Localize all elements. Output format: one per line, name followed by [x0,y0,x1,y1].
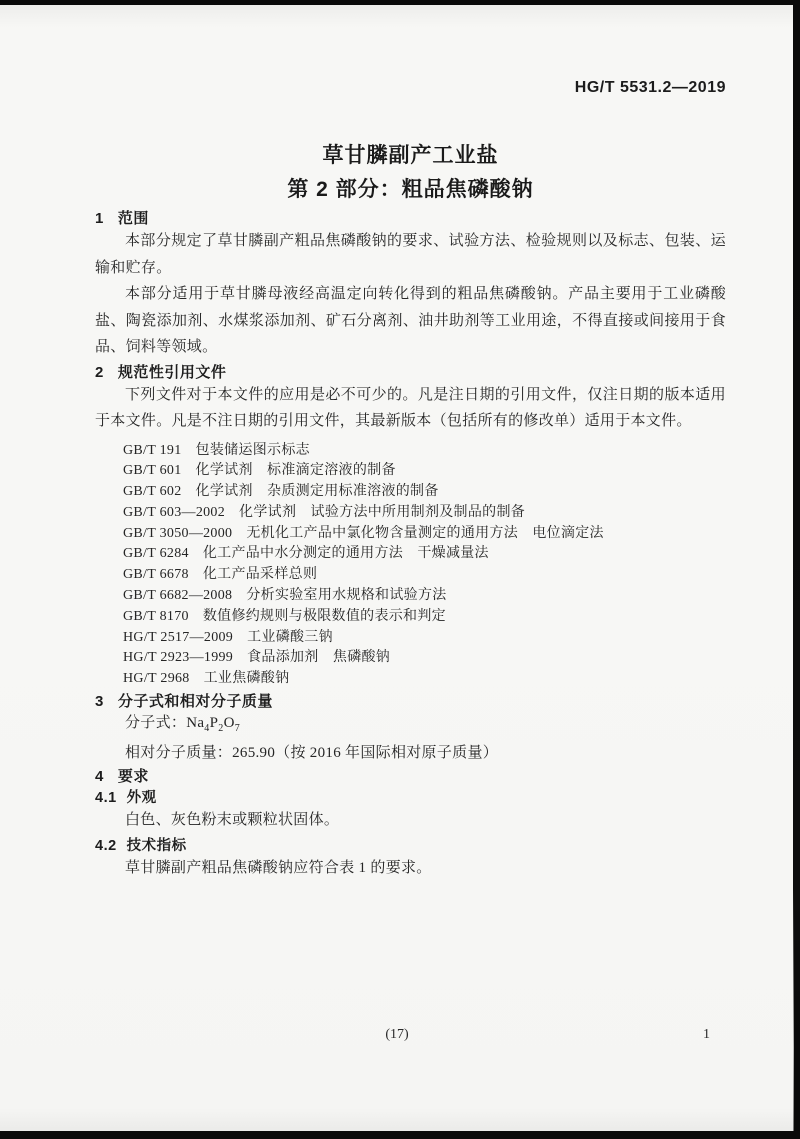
scan-edge-strip [793,0,800,1139]
reference-title: 化学试剂 标准滴定溶液的制备 [196,463,396,478]
reference-item: GB/T 603—2002化学试剂 试验方法中所用制剂及制品的制备 [123,503,726,524]
section-4-1-heading: 4.1外观 [95,786,726,807]
footer-center-number: (17) [0,1027,794,1043]
reference-list: GB/T 191包装储运图示标志 GB/T 601化学试剂 标准滴定溶液的制备 … [95,441,726,691]
section-2-heading: 2规范性引用文件 [95,361,726,382]
reference-code: GB/T 191 [123,441,182,462]
reference-title: 包装储运图示标志 [196,443,310,458]
reference-item: HG/T 2923—1999食品添加剂 焦磷酸钠 [123,648,726,669]
section-1-title: 范围 [118,210,149,227]
section-4-1-title: 外观 [127,790,157,806]
document-title-line1: 草甘膦副产工业盐 [95,139,726,173]
formula-part: P [210,715,219,731]
reference-item: GB/T 6682—2008分析实验室用水规格和试验方法 [123,586,726,607]
reference-code: GB/T 8170 [123,607,189,628]
reference-item: HG/T 2517—2009工业磷酸三钠 [123,628,726,649]
reference-code: HG/T 2968 [123,669,190,690]
reference-title: 数值修约规则与极限数值的表示和判定 [203,609,446,624]
reference-item: GB/T 6678化工产品采样总则 [123,565,726,586]
reference-title: 化学试剂 试验方法中所用制剂及制品的制备 [239,505,525,520]
reference-code: HG/T 2923—1999 [123,648,233,669]
formula-subscript: 7 [235,723,240,734]
reference-code: GB/T 6284 [123,544,189,565]
reference-title: 食品添加剂 焦磷酸钠 [247,650,390,665]
page-footer: (17) 1 [0,1027,794,1047]
section-3-heading: 3分子式和相对分子质量 [95,690,726,711]
reference-item: GB/T 602化学试剂 杂质测定用标准溶液的制备 [123,482,726,503]
reference-item: HG/T 2968工业焦磷酸钠 [123,669,726,690]
section-1-heading: 1范围 [95,207,726,228]
reference-code: HG/T 2517—2009 [123,628,233,649]
section-4-2-heading: 4.2技术指标 [95,834,726,855]
reference-title: 化工产品采样总则 [203,567,317,582]
reference-item: GB/T 191包装储运图示标志 [123,441,726,462]
section-4-1-number: 4.1 [95,790,117,806]
scope-paragraph-2: 本部分适用于草甘膦母液经高温定向转化得到的粗品焦磷酸钠。产品主要用于工业磷酸盐、… [95,281,726,361]
reference-code: GB/T 3050—2000 [123,524,232,545]
reference-item: GB/T 6284化工产品中水分测定的通用方法 干燥减量法 [123,544,726,565]
tech-body: 草甘膦副产粗品焦磷酸钠应符合表 1 的要求。 [95,855,726,882]
reference-code: GB/T 6682—2008 [123,586,232,607]
formula-part: Na [186,715,204,731]
reference-code: GB/T 6678 [123,565,189,586]
molecular-formula: 分子式：Na4P2O7 [95,711,726,741]
section-3-number: 3 [95,693,104,710]
reference-title: 化工产品中水分测定的通用方法 干燥减量法 [203,546,489,561]
reference-title: 化学试剂 杂质测定用标准溶液的制备 [196,484,439,499]
reference-title: 工业焦磷酸钠 [204,671,290,686]
reference-title: 无机化工产品中氯化物含量测定的通用方法 电位滴定法 [246,526,604,541]
section-3-title: 分子式和相对分子质量 [118,693,273,710]
reference-item: GB/T 601化学试剂 标准滴定溶液的制备 [123,461,726,482]
section-1-number: 1 [95,210,104,227]
document-title-line2: 第 2 部分：粗品焦磷酸钠 [95,173,726,207]
normative-intro: 下列文件对于本文件的应用是必不可少的。凡是注日期的引用文件，仅注日期的版本适用于… [95,382,726,435]
document-title: 草甘膦副产工业盐 第 2 部分：粗品焦磷酸钠 [95,139,726,207]
section-4-2-title: 技术指标 [127,838,187,854]
reference-code: GB/T 602 [123,482,182,503]
reference-title: 工业磷酸三钠 [247,630,333,645]
formula-part: O [224,715,235,731]
section-4-heading: 4要求 [95,765,726,786]
standard-number: HG/T 5531.2—2019 [95,79,726,97]
reference-code: GB/T 601 [123,461,182,482]
page-content: HG/T 5531.2—2019 草甘膦副产工业盐 第 2 部分：粗品焦磷酸钠 … [0,5,794,1131]
reference-title: 分析实验室用水规格和试验方法 [246,588,446,603]
reference-code: GB/T 603—2002 [123,503,225,524]
footer-page-number: 1 [703,1027,710,1043]
appearance-body: 白色、灰色粉末或颗粒状固体。 [95,807,726,834]
paper-page: HG/T 5531.2—2019 草甘膦副产工业盐 第 2 部分：粗品焦磷酸钠 … [0,5,794,1131]
section-4-title: 要求 [118,768,149,785]
reference-item: GB/T 3050—2000无机化工产品中氯化物含量测定的通用方法 电位滴定法 [123,524,726,545]
section-4-2-number: 4.2 [95,838,117,854]
section-2-number: 2 [95,364,104,381]
formula-label: 分子式： [125,715,186,731]
section-4-number: 4 [95,768,104,785]
section-2-title: 规范性引用文件 [118,364,227,381]
scope-paragraph-1: 本部分规定了草甘膦副产粗品焦磷酸钠的要求、试验方法、检验规则以及标志、包装、运输… [95,228,726,281]
scanned-document-page: { "page": { "doc_code": "HG/T 5531.2—201… [0,0,800,1139]
molecular-mass: 相对分子质量：265.90（按 2016 年国际相对原子质量） [95,741,726,765]
reference-item: GB/T 8170数值修约规则与极限数值的表示和判定 [123,607,726,628]
